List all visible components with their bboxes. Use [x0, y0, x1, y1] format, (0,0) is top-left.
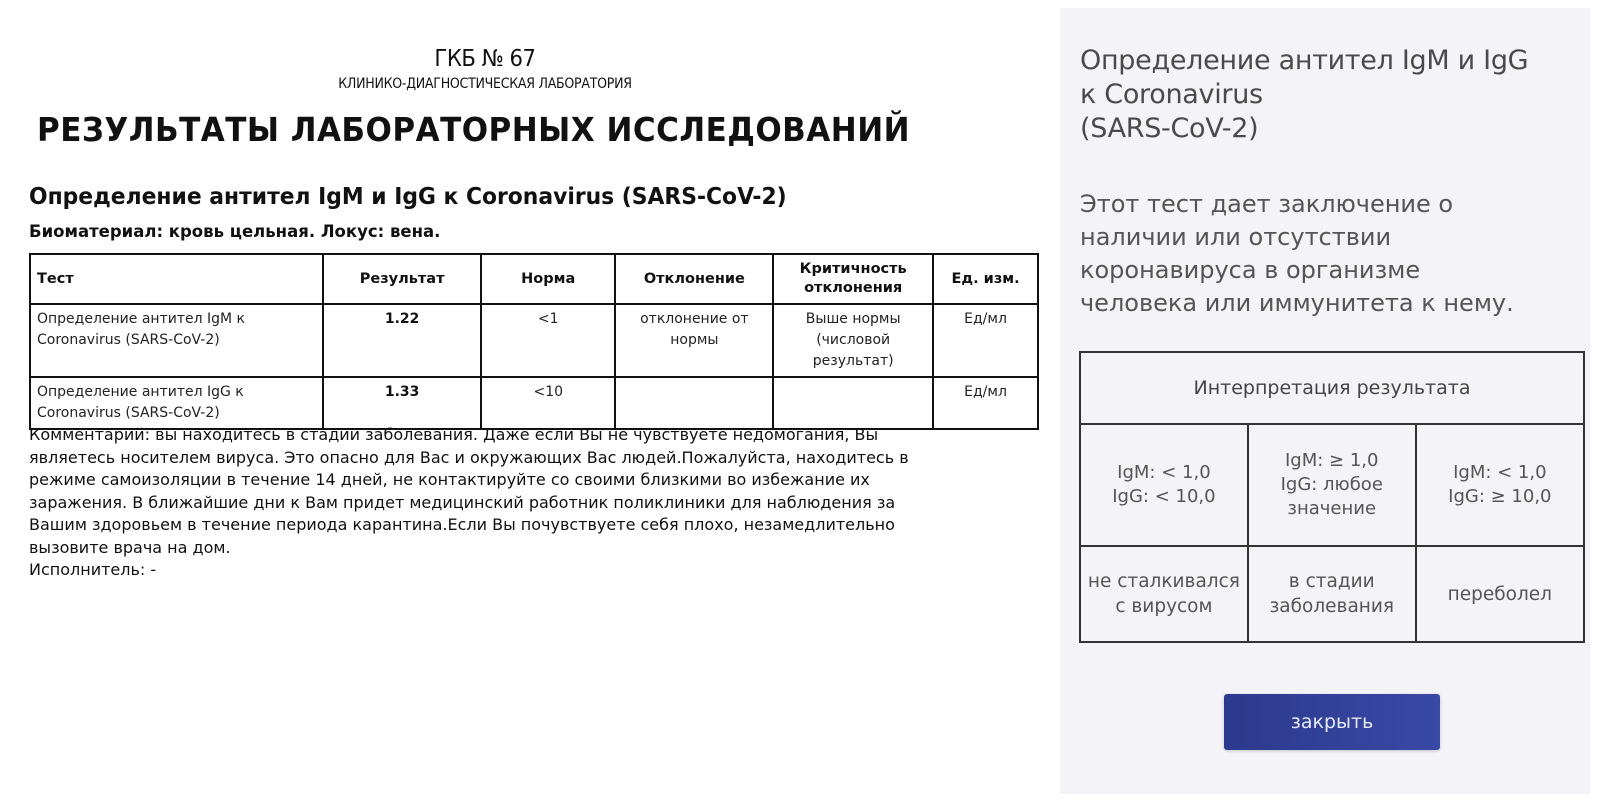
- panel-title: Определение антител IgM и IgG к Coronavi…: [1080, 44, 1580, 146]
- verdict-cell-recovered: переболел: [1416, 546, 1584, 642]
- header-test: Тест: [30, 254, 323, 304]
- cell-test: Определение антител IgM к Coronavirus (S…: [30, 304, 323, 377]
- condition-cell-active: IgM: ≥ 1,0 IgG: любое значение: [1248, 424, 1416, 546]
- interpretation-header: Интерпретация результата: [1080, 352, 1584, 424]
- condition-row: IgM: < 1,0 IgG: < 10,0 IgM: ≥ 1,0 IgG: л…: [1080, 424, 1584, 546]
- doctor-comment: Комментарий: вы находитесь в стадии забо…: [29, 424, 949, 560]
- condition-line: IgM: < 1,0: [1418, 461, 1582, 485]
- condition-cell-not-infected: IgM: < 1,0 IgG: < 10,0: [1080, 424, 1248, 546]
- condition-line: IgM: < 1,0: [1082, 461, 1246, 485]
- panel-title-line: к Coronavirus: [1080, 78, 1580, 112]
- cell-result: 1.33: [323, 377, 481, 429]
- cell-test: Определение антител IgG к Coronavirus (S…: [30, 377, 323, 429]
- panel-title-line: (SARS-CoV-2): [1080, 112, 1580, 146]
- cell-criticality: [773, 377, 933, 429]
- condition-line: IgG: < 10,0: [1082, 485, 1246, 509]
- biomaterial-info: Биоматериал: кровь цельная. Локус: вена.: [29, 222, 440, 241]
- cell-criticality: Выше нормы (числовой результат): [773, 304, 933, 377]
- cell-unit: Ед/мл: [933, 304, 1038, 377]
- header-norm: Норма: [481, 254, 615, 304]
- results-table: Тест Результат Норма Отклонение Критично…: [29, 253, 1039, 430]
- description-line: наличии или отсутствии: [1080, 221, 1580, 254]
- table-row: Определение антител IgG к Coronavirus (S…: [30, 377, 1038, 429]
- interpretation-table: Интерпретация результата IgM: < 1,0 IgG:…: [1079, 351, 1585, 643]
- cell-deviation: [615, 377, 773, 429]
- condition-line: IgG: любое: [1250, 473, 1414, 497]
- panel-description: Этот тест дает заключение о наличии или …: [1080, 188, 1580, 320]
- cell-unit: Ед/мл: [933, 377, 1038, 429]
- condition-line: IgM: ≥ 1,0: [1250, 449, 1414, 473]
- description-line: коронавируса в организме: [1080, 254, 1580, 287]
- verdict-line: не сталкивался: [1082, 569, 1246, 594]
- cell-norm: <10: [481, 377, 615, 429]
- document-title: РЕЗУЛЬТАТЫ ЛАБОРАТОРНЫХ ИССЛЕДОВАНИЙ: [37, 110, 910, 149]
- header-criticality-line1: Критичность: [800, 261, 907, 277]
- results-header-row: Тест Результат Норма Отклонение Критично…: [30, 254, 1038, 304]
- hospital-name: ГКБ № 67: [39, 46, 931, 72]
- header-deviation: Отклонение: [615, 254, 773, 304]
- test-info-panel: Определение антител IgM и IgG к Coronavi…: [1060, 8, 1590, 794]
- close-button[interactable]: закрыть: [1224, 694, 1440, 750]
- header-criticality: Критичность отклонения: [773, 254, 933, 304]
- executor-line: Исполнитель: -: [29, 560, 156, 579]
- header-criticality-line2: отклонения: [804, 280, 902, 296]
- verdict-row: не сталкивался с вирусом в стадии заболе…: [1080, 546, 1584, 642]
- verdict-line: в стадии: [1250, 569, 1414, 594]
- cell-deviation: отклонение от нормы: [615, 304, 773, 377]
- description-line: Этот тест дает заключение о: [1080, 188, 1580, 221]
- verdict-line: заболевания: [1250, 594, 1414, 619]
- verdict-cell-not-infected: не сталкивался с вирусом: [1080, 546, 1248, 642]
- verdict-cell-active: в стадии заболевания: [1248, 546, 1416, 642]
- header-result: Результат: [323, 254, 481, 304]
- test-title: Определение антител IgM и IgG к Coronavi…: [29, 184, 787, 210]
- verdict-line: с вирусом: [1082, 594, 1246, 619]
- description-line: человека или иммунитета к нему.: [1080, 287, 1580, 320]
- header-unit: Ед. изм.: [933, 254, 1038, 304]
- condition-cell-recovered: IgM: < 1,0 IgG: ≥ 10,0: [1416, 424, 1584, 546]
- condition-line: IgG: ≥ 10,0: [1418, 485, 1582, 509]
- table-row: Определение антител IgM к Coronavirus (S…: [30, 304, 1038, 377]
- panel-title-line: Определение антител IgM и IgG: [1080, 44, 1580, 78]
- cell-norm: <1: [481, 304, 615, 377]
- lab-results-document: ГКБ № 67 КЛИНИКО-ДИАГНОСТИЧЕСКАЯ ЛАБОРАТ…: [0, 0, 1050, 800]
- condition-line: значение: [1250, 497, 1414, 521]
- cell-result: 1.22: [323, 304, 481, 377]
- verdict-line: переболел: [1418, 582, 1582, 607]
- laboratory-name: КЛИНИКО-ДИАГНОСТИЧЕСКАЯ ЛАБОРАТОРИЯ: [49, 76, 922, 92]
